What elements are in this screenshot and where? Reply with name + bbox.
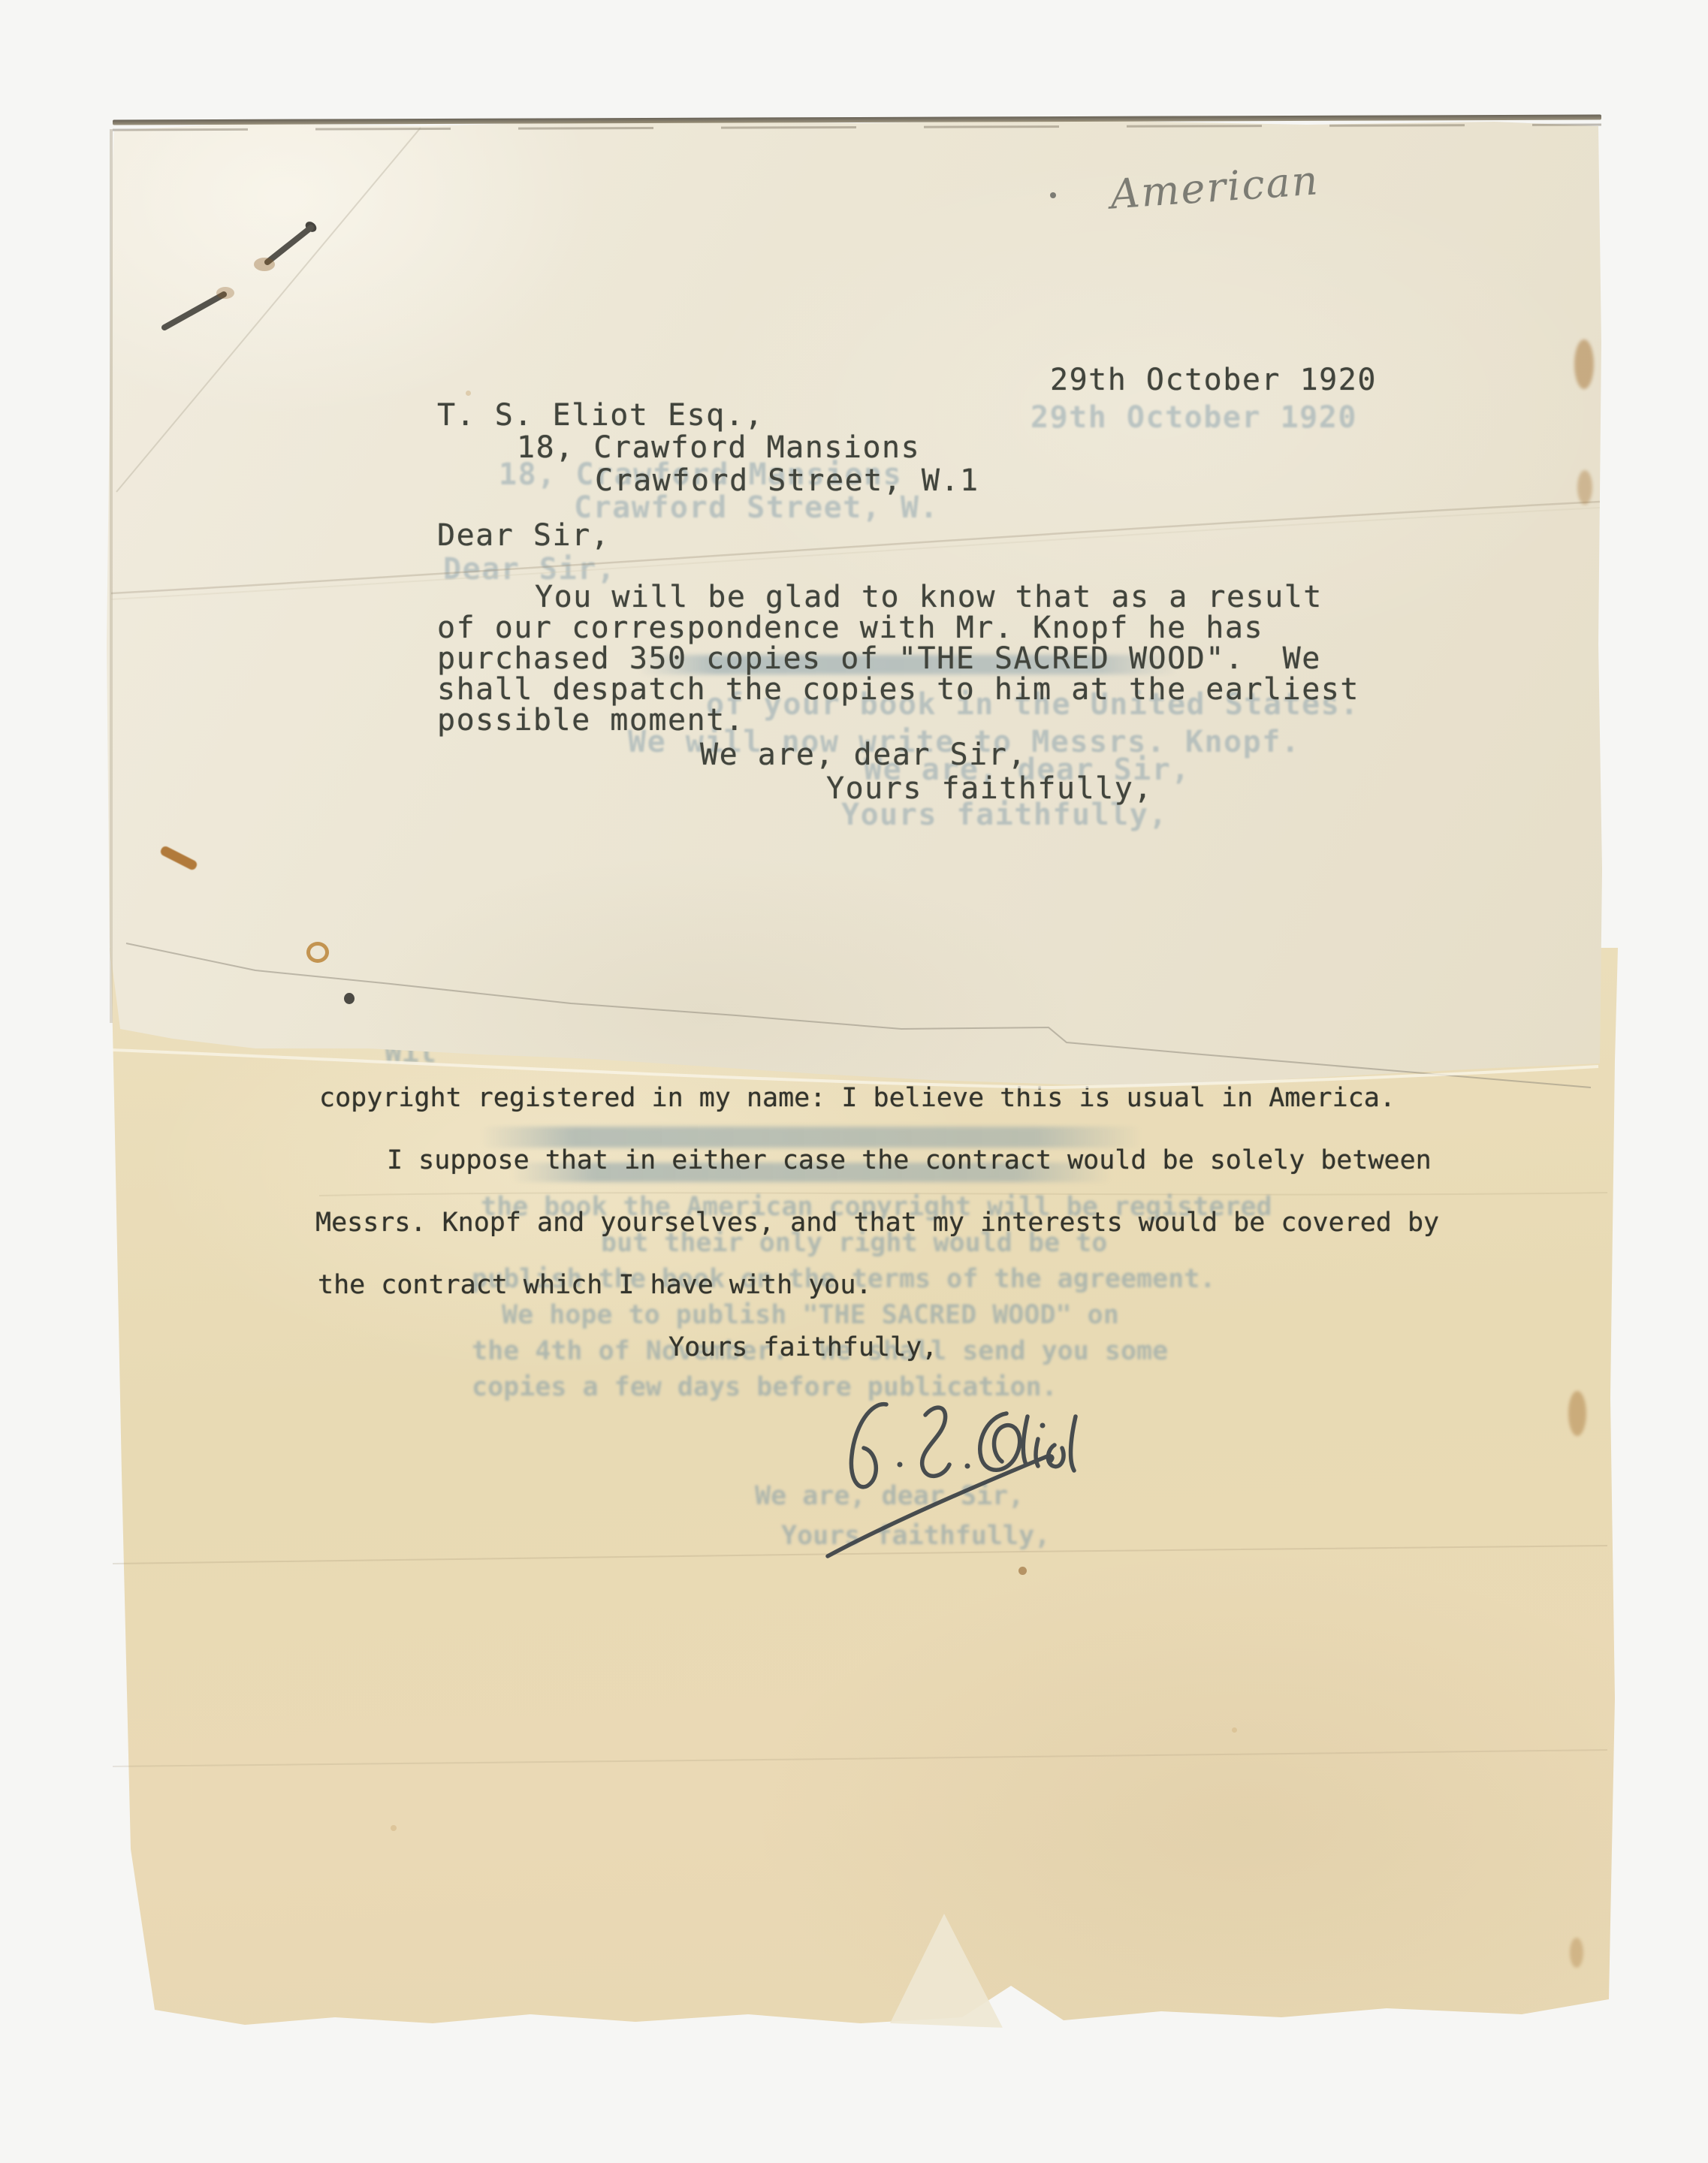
sheet-left-edge <box>110 129 113 1023</box>
body-line: copyright registered in my name: I belie… <box>319 1085 1396 1112</box>
body-line: possible moment. <box>437 705 744 735</box>
ghost-line: copies a few days before publication. <box>472 1374 1058 1401</box>
edge-stain <box>1577 470 1592 505</box>
recipient-line: Crawford Street, W.1 <box>595 466 979 496</box>
ink-dot <box>344 993 355 1004</box>
ghost-line: Yours faithfully, <box>781 1523 1050 1549</box>
edge-stain <box>1574 339 1594 389</box>
foxing-spot <box>391 1825 397 1831</box>
salutation: Dear Sir, <box>437 520 610 551</box>
foxing-spot <box>1232 1727 1237 1733</box>
body-line: of our correspondence with Mr. Knopf he … <box>437 613 1263 643</box>
closing-line: Yours faithfully, <box>668 1335 937 1361</box>
edge-stain <box>1568 1391 1586 1436</box>
ghost-line: 29th October 1920 <box>1031 403 1357 433</box>
ghost-smudge <box>481 1127 1142 1148</box>
pencil-dot <box>1050 192 1056 198</box>
body-line: I suppose that in either case the contra… <box>387 1148 1432 1174</box>
edge-stain <box>1570 1938 1583 1968</box>
ghost-line: We hope to publish "THE SACRED WOOD" on <box>502 1302 1119 1329</box>
body-line: You will be glad to know that as a resul… <box>535 582 1323 612</box>
closing-line: We are, dear Sir, <box>700 740 1027 770</box>
foxing-spot <box>1018 1567 1027 1575</box>
scanned-letter-page: Wil the book the American copyright will… <box>0 0 1708 2163</box>
body-line: shall despatch the copies to him at the … <box>437 674 1359 704</box>
rust-ring <box>306 942 329 963</box>
body-line: purchased 350 copies of "THE SACRED WOOD… <box>437 644 1321 674</box>
recipient-line: T. S. Eliot Esq., <box>437 400 764 430</box>
body-line: the contract which I have with you. <box>318 1272 872 1299</box>
body-line: Messrs. Knopf and yourselves, and that m… <box>315 1210 1439 1236</box>
closing-line: Yours faithfully, <box>826 774 1153 804</box>
recipient-line: 18, Crawford Mansions <box>517 433 920 463</box>
ghost-line: We are, dear Sir, <box>755 1483 1024 1510</box>
foxing-spot <box>466 391 471 396</box>
date-line: 29th October 1920 <box>1050 365 1377 395</box>
